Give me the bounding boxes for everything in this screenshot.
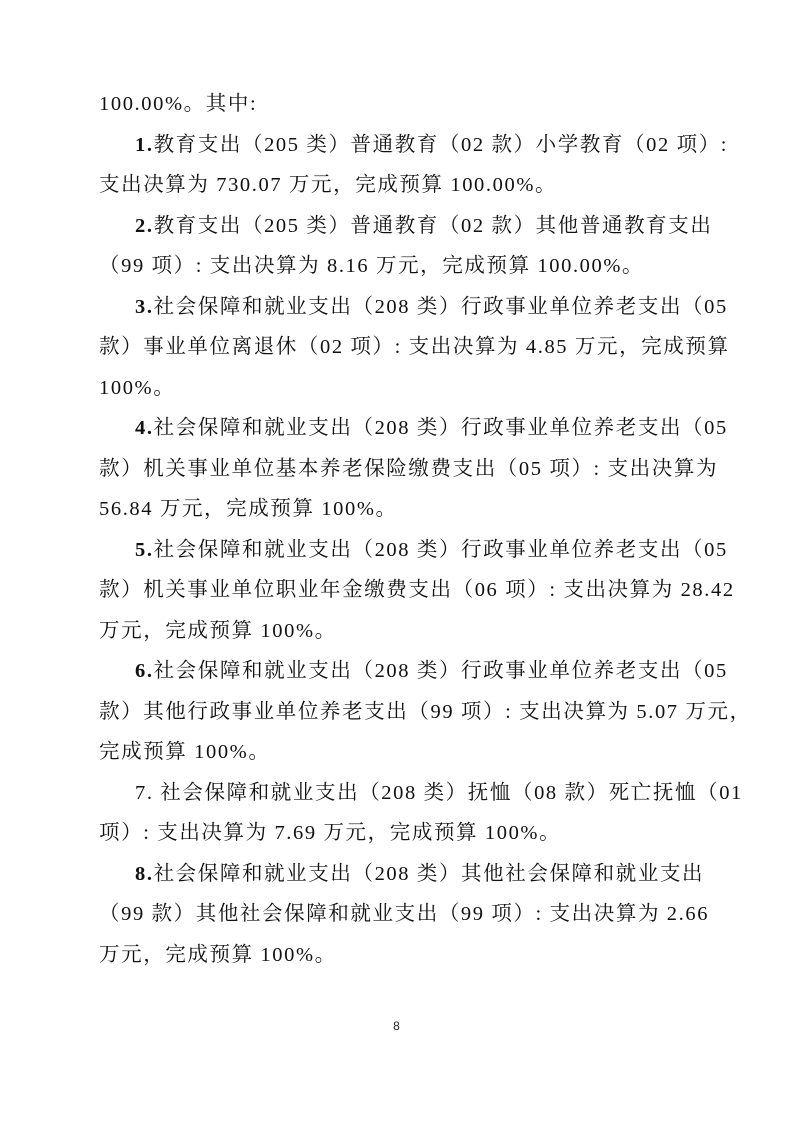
item-number: 7. [135, 782, 154, 804]
item-text: 教育支出（205 类）普通教育（02 款）其他普通教育支出 [154, 215, 713, 237]
list-item: 6.社会保障和就业支出（208 类）行政事业单位养老支出（05 款）其他行政事业… [99, 651, 697, 773]
item-text: 社会保障和就业支出（208 类）抚恤（08 款）死亡抚恤（01 [154, 782, 743, 804]
item-number: 8. [135, 863, 154, 885]
list-item: 5.社会保障和就业支出（208 类）行政事业单位养老支出（05 款）机关事业单位… [99, 530, 697, 652]
item-line: 支出决算为 730.07 万元，完成预算 100.00%。 [99, 165, 697, 206]
item-line: 款）机关事业单位基本养老保险缴费支出（05 项）: 支出决算为 [99, 449, 697, 490]
item-number: 4. [135, 417, 154, 439]
item-first-line: 7. 社会保障和就业支出（208 类）抚恤（08 款）死亡抚恤（01 [99, 773, 697, 814]
item-first-line: 8.社会保障和就业支出（208 类）其他社会保障和就业支出 [99, 854, 697, 895]
intro-line: 100.00%。其中: [99, 84, 697, 125]
list-item: 1.教育支出（205 类）普通教育（02 款）小学教育（02 项）: 支出决算为… [99, 125, 697, 206]
item-text: 社会保障和就业支出（208 类）行政事业单位养老支出（05 [154, 417, 728, 439]
item-line: 款）事业单位离退休（02 项）: 支出决算为 4.85 万元，完成预算 [99, 327, 697, 368]
item-line: 款）机关事业单位职业年金缴费支出（06 项）: 支出决算为 28.42 [99, 570, 697, 611]
item-line: 完成预算 100%。 [99, 732, 697, 773]
item-number: 1. [135, 134, 154, 156]
item-line: （99 项）: 支出决算为 8.16 万元，完成预算 100.00%。 [99, 246, 697, 287]
item-number: 6. [135, 660, 154, 682]
document-body: 100.00%。其中: 1.教育支出（205 类）普通教育（02 款）小学教育（… [99, 84, 697, 975]
item-first-line: 4.社会保障和就业支出（208 类）行政事业单位养老支出（05 [99, 408, 697, 449]
item-line: 万元，完成预算 100%。 [99, 611, 697, 652]
list-item: 4.社会保障和就业支出（208 类）行政事业单位养老支出（05 款）机关事业单位… [99, 408, 697, 530]
list-item: 7. 社会保障和就业支出（208 类）抚恤（08 款）死亡抚恤（01 项）: 支… [99, 773, 697, 854]
item-text: 社会保障和就业支出（208 类）其他社会保障和就业支出 [154, 863, 705, 885]
item-line: 56.84 万元，完成预算 100%。 [99, 489, 697, 530]
item-text: 社会保障和就业支出（208 类）行政事业单位养老支出（05 [154, 296, 728, 318]
list-item: 3.社会保障和就业支出（208 类）行政事业单位养老支出（05 款）事业单位离退… [99, 287, 697, 409]
item-first-line: 3.社会保障和就业支出（208 类）行政事业单位养老支出（05 [99, 287, 697, 328]
item-first-line: 6.社会保障和就业支出（208 类）行政事业单位养老支出（05 [99, 651, 697, 692]
item-number: 3. [135, 296, 154, 318]
item-line: 万元，完成预算 100%。 [99, 935, 697, 976]
item-text: 社会保障和就业支出（208 类）行政事业单位养老支出（05 [154, 660, 728, 682]
item-text: 教育支出（205 类）普通教育（02 款）小学教育（02 项）: [154, 134, 729, 156]
item-first-line: 5.社会保障和就业支出（208 类）行政事业单位养老支出（05 [99, 530, 697, 571]
page-number: 8 [0, 1019, 793, 1033]
list-item: 2.教育支出（205 类）普通教育（02 款）其他普通教育支出 （99 项）: … [99, 206, 697, 287]
item-first-line: 1.教育支出（205 类）普通教育（02 款）小学教育（02 项）: [99, 125, 697, 166]
item-line: 项）: 支出决算为 7.69 万元，完成预算 100%。 [99, 813, 697, 854]
item-line: 款）其他行政事业单位养老支出（99 项）: 支出决算为 5.07 万元， [99, 692, 697, 733]
list-item: 8.社会保障和就业支出（208 类）其他社会保障和就业支出 （99 款）其他社会… [99, 854, 697, 976]
item-first-line: 2.教育支出（205 类）普通教育（02 款）其他普通教育支出 [99, 206, 697, 247]
item-number: 5. [135, 539, 154, 561]
item-text: 社会保障和就业支出（208 类）行政事业单位养老支出（05 [154, 539, 728, 561]
item-number: 2. [135, 215, 154, 237]
item-line: （99 款）其他社会保障和就业支出（99 项）: 支出决算为 2.66 [99, 894, 697, 935]
item-line: 100%。 [99, 368, 697, 409]
